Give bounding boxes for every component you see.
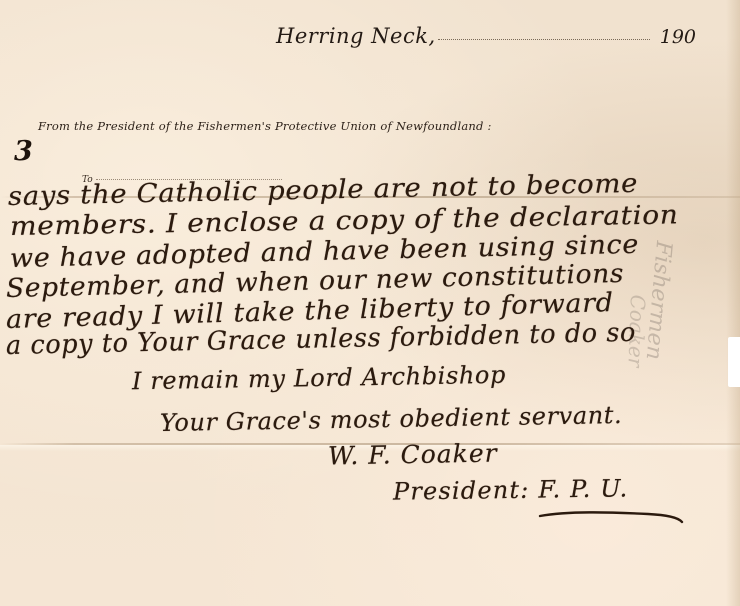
closing-line: Your Grace's most obedient servant.	[160, 401, 623, 437]
signature-flourish	[538, 510, 684, 524]
letterhead-place-date: Herring Neck, 190	[276, 24, 696, 60]
torn-edge-gap	[728, 337, 740, 387]
closing-line: I remain my Lord Archbishop	[132, 361, 506, 396]
page-number: 3	[14, 136, 33, 167]
date-fill-line	[438, 39, 650, 40]
page-edge-shadow	[726, 0, 740, 606]
letterhead-place: Herring Neck,	[276, 24, 436, 48]
letterhead-from-line: From the President of the Fishermen's Pr…	[38, 119, 492, 133]
letter-page: Fishermen Coaker Herring Neck, 190 From …	[0, 0, 740, 606]
letterhead-year: 190	[660, 26, 696, 48]
signature-name: W. F. Coaker	[328, 439, 498, 471]
signature-title: President: F. P. U.	[393, 474, 629, 505]
